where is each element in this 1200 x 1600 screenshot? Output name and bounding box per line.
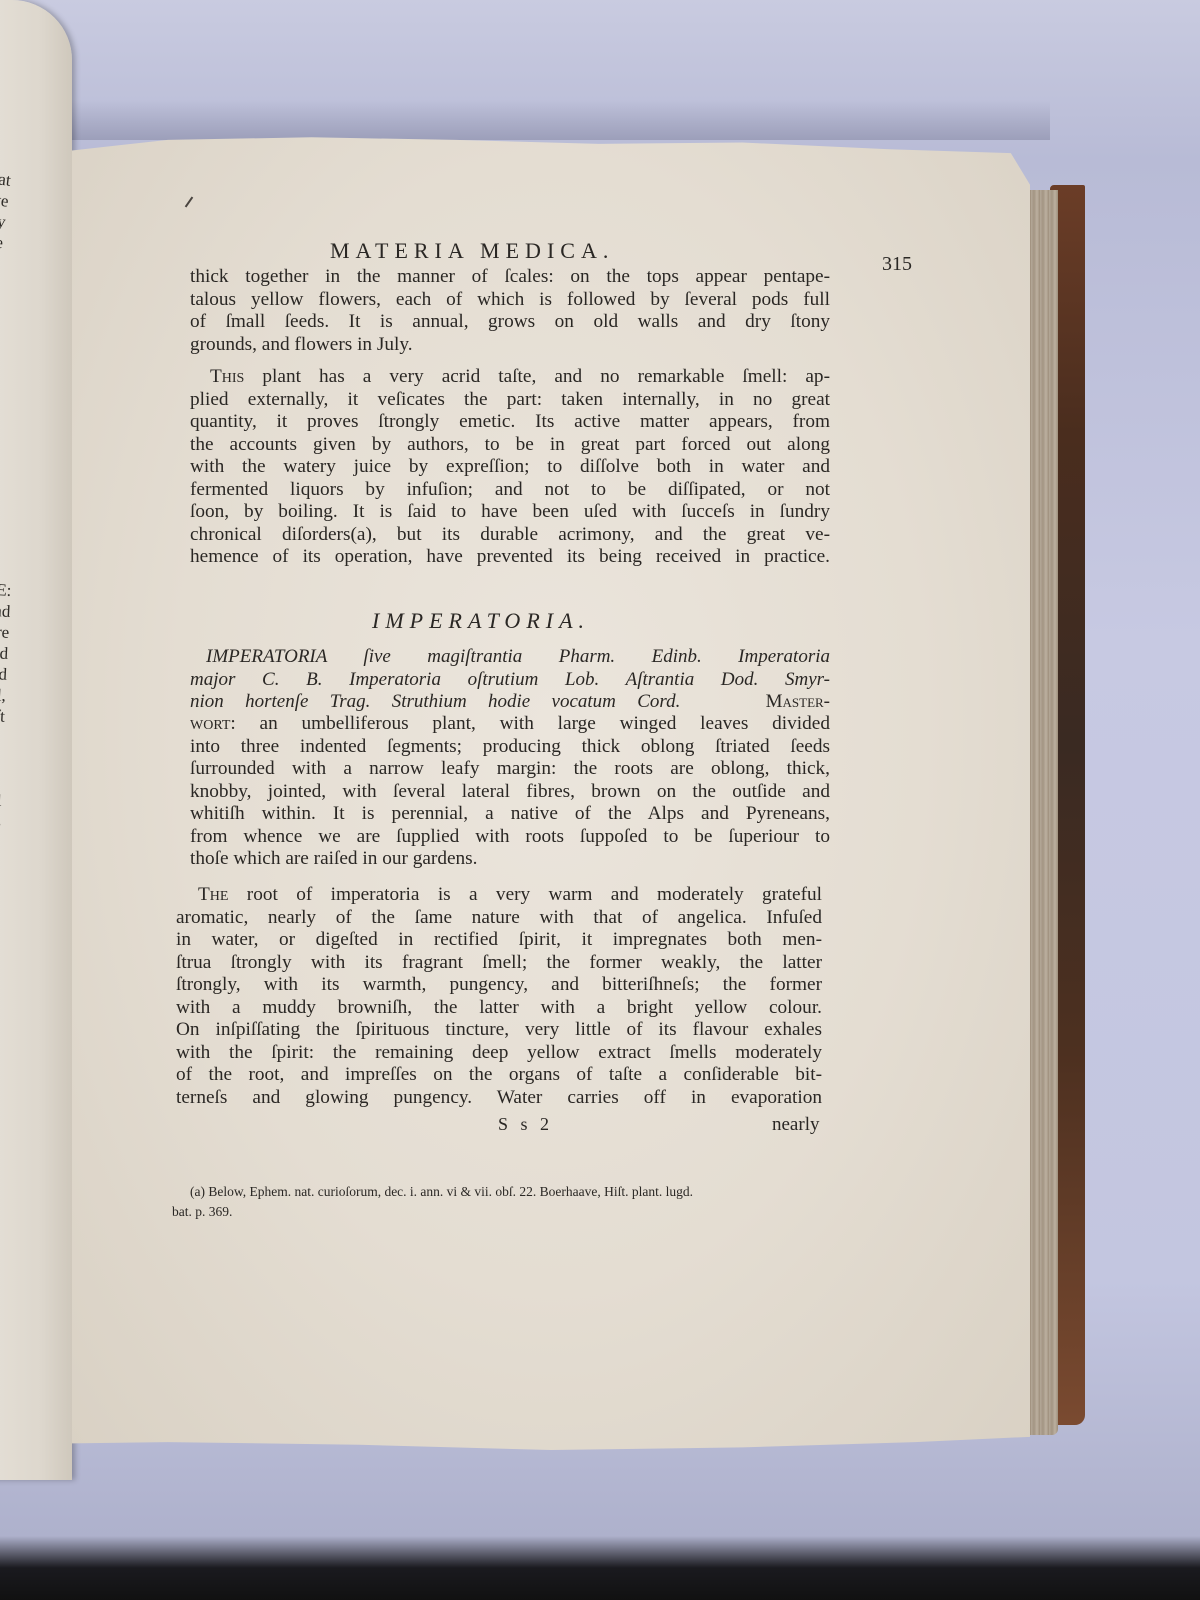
lead-word: The xyxy=(198,884,228,905)
fragment-line: ſub- xyxy=(0,830,1,853)
text-line: into three indented ſegments; producing … xyxy=(190,736,830,759)
fragment-line: LUE: xyxy=(0,576,12,601)
fragment-line: and xyxy=(0,639,9,664)
text-fragment: plant has a very acrid taſte, and no rem… xyxy=(244,366,830,387)
text-line: ſoon, by boiling. It is ſaid to have bee… xyxy=(190,501,830,524)
text-line: aromatic, nearly of the ſame nature with… xyxy=(176,907,822,930)
facing-page-fragment-middle: LUE: kind are and cated ſpiral, almoſt xyxy=(0,576,12,726)
text-line-first: This plant has a very acrid taſte, and n… xyxy=(190,366,830,389)
signature-mark: S s 2 xyxy=(498,1114,553,1135)
text-line: plied externally, it veſicates the part:… xyxy=(190,389,830,412)
facing-page-fragment-top: ſomewhat ſome have is uſually the virtue… xyxy=(0,161,12,357)
text-line: nion hortenſe Trag. Struthium hodie voca… xyxy=(190,691,830,714)
footnote-line: (a) Below, Ephem. nat. curioſorum, dec. … xyxy=(172,1182,842,1202)
text-line: with the ſpirit: the remaining deep yell… xyxy=(176,1042,822,1065)
text-line: ſurrounded with a narrow leafy margin: t… xyxy=(190,758,830,781)
backdrop-shadow xyxy=(70,100,1050,140)
text-fragment: nion hortenſe Trag. Struthium hodie voca… xyxy=(190,691,680,712)
text-fragment: root of imperatoria is a very warm and m… xyxy=(228,884,822,905)
lead-word: This xyxy=(210,366,244,387)
text-line: whitiſh within. It is perennial, a nativ… xyxy=(190,803,830,826)
text-line: IMPERATORIA ſive magiſtrantia Pharm. Edi… xyxy=(190,646,830,669)
lead-word: wort xyxy=(190,713,230,734)
text-line: fermented liquors by infuſion; and not t… xyxy=(190,479,830,502)
facing-page-left: ſomewhat ſome have is uſually the virtue… xyxy=(0,0,72,1480)
fragment-line: are xyxy=(0,618,10,643)
page-number: 315 xyxy=(882,253,912,276)
text-line: thick together in the manner of ſcales: … xyxy=(190,266,830,289)
fragment-line: imal xyxy=(0,788,2,811)
text-line: from whence we are ſupplied with roots ſ… xyxy=(190,826,830,849)
text-line: in water, or digeſted in rectified ſpiri… xyxy=(176,929,822,952)
text-line: with the watery juice by expreſſion; to … xyxy=(190,456,830,479)
text-line: On inſpiſſating the ſpirituous tincture,… xyxy=(176,1019,822,1042)
fragment-line: cated xyxy=(0,660,8,685)
text-line: ſtrongly, with its warmth, pungency, and… xyxy=(176,974,822,997)
section-title: IMPERATORIA. xyxy=(372,608,590,634)
text-line: talous yellow flowers, each of which is … xyxy=(190,289,830,312)
text-line: hemence of its operation, have prevented… xyxy=(190,546,830,569)
fragment-line: ſomewhat xyxy=(0,161,12,190)
text-line: of ſmall ſeeds. It is annual, grows on o… xyxy=(190,311,830,334)
footnote: (a) Below, Ephem. nat. curioſorum, dec. … xyxy=(172,1182,842,1222)
text-line: terneſs and glowing pungency. Water carr… xyxy=(176,1087,822,1110)
footnote-line: bat. p. 369. xyxy=(172,1202,842,1222)
fragment-line: kind xyxy=(0,597,11,622)
paragraph-continuation: thick together in the manner of ſcales: … xyxy=(190,266,830,356)
facing-page-fragment-lower: imal olves ſub- lly he t, e c- e e xyxy=(0,788,2,1000)
running-head: MATERIA MEDICA. xyxy=(330,238,614,264)
catchword: nearly xyxy=(772,1114,819,1136)
text-line: with a muddy browniſh, the latter with a… xyxy=(176,997,822,1020)
common-name: Master- xyxy=(766,691,830,712)
text-line: knobby, jointed, with ſeveral lateral fi… xyxy=(190,781,830,804)
text-line: major C. B. Imperatoria oſtrutium Lob. A… xyxy=(190,669,830,692)
fragment-line: olves xyxy=(0,809,1,832)
paragraph-description: wort: an umbelliferous plant, with large… xyxy=(190,713,830,871)
text-line: ſtrua ſtrongly with its fragrant ſmell; … xyxy=(176,952,822,975)
fragment-line: almoſt xyxy=(0,702,5,727)
text-line: the accounts given by authors, to be in … xyxy=(190,434,830,457)
fragment-line: ſpiral, xyxy=(0,681,7,706)
text-line: quantity, it proves ſtrongly emetic. Its… xyxy=(190,411,830,434)
text-line-first: The root of imperatoria is a very warm a… xyxy=(176,884,822,907)
text-fragment: : an umbelliferous plant, with large win… xyxy=(230,713,830,734)
paragraph-synonymy: IMPERATORIA ſive magiſtrantia Pharm. Edi… xyxy=(190,646,830,714)
paragraph-acrid-taste: This plant has a very acrid taſte, and n… xyxy=(190,366,830,569)
paragraph-virtues: The root of imperatoria is a very warm a… xyxy=(176,884,822,1109)
text-line: thoſe which are raiſed in our gardens. xyxy=(190,848,830,871)
text-line: chronical diſorders(a), but its durable … xyxy=(190,524,830,547)
text-line: of the root, and impreſſes on the organs… xyxy=(176,1064,822,1087)
text-line-first: wort: an umbelliferous plant, with large… xyxy=(190,713,830,736)
text-line: grounds, and flowers in July. xyxy=(190,334,830,357)
